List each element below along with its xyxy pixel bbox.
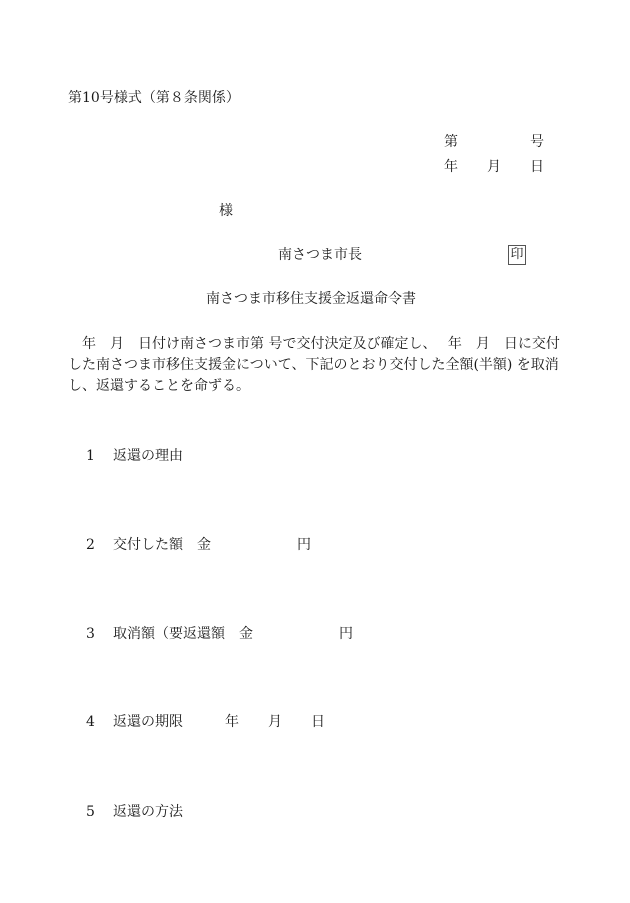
seal-box: 印 bbox=[508, 245, 526, 265]
item-number: 5 bbox=[86, 803, 113, 821]
item-return-method: 5返還の方法 bbox=[86, 803, 183, 821]
deadline-day: 日 bbox=[311, 714, 325, 730]
item-label: 取消額（要返還額 金 bbox=[113, 626, 253, 642]
date-month: 月 bbox=[487, 158, 501, 176]
date-day: 日 bbox=[530, 158, 544, 176]
body-line: し、返還することを命ずる。 bbox=[68, 376, 568, 397]
issuer-name: 南さつま市長 bbox=[278, 246, 362, 264]
item-label: 返還の期限 bbox=[113, 714, 183, 730]
form-label: 第10号様式（第８条関係） bbox=[68, 89, 240, 107]
body-line: した南さつま市移住支援金について、下記のとおり交付した全額(半額) を取消 bbox=[68, 355, 568, 376]
deadline-year: 年 bbox=[225, 714, 239, 730]
item-return-deadline: 4返還の期限年月日 bbox=[86, 713, 325, 731]
item-unit: 円 bbox=[297, 537, 311, 553]
item-return-reason: 1返還の理由 bbox=[86, 447, 183, 465]
item-number: 2 bbox=[86, 536, 113, 554]
number-prefix: 第 bbox=[444, 133, 458, 151]
body-paragraph: 年 月 日付け南さつま市第 号で交付決定及び確定し、 年 月 日に交付 した南さ… bbox=[68, 334, 568, 397]
item-number: 4 bbox=[86, 713, 113, 731]
document-title: 南さつま市移住支援金返還命令書 bbox=[206, 290, 416, 308]
item-number: 3 bbox=[86, 625, 113, 643]
item-cancel-amount: 3取消額（要返還額 金円 bbox=[86, 625, 353, 643]
deadline-month: 月 bbox=[268, 714, 282, 730]
body-line: 年 月 日付け南さつま市第 号で交付決定及び確定し、 年 月 日に交付 bbox=[68, 334, 568, 355]
item-label: 返還の理由 bbox=[113, 448, 183, 464]
addressee-suffix: 様 bbox=[219, 202, 233, 220]
number-suffix: 号 bbox=[530, 133, 544, 151]
date-year: 年 bbox=[444, 158, 458, 176]
item-label: 交付した額 金 bbox=[113, 537, 211, 553]
item-unit: 円 bbox=[339, 626, 353, 642]
item-number: 1 bbox=[86, 447, 113, 465]
item-granted-amount: 2交付した額 金円 bbox=[86, 536, 311, 554]
item-label: 返還の方法 bbox=[113, 804, 183, 820]
